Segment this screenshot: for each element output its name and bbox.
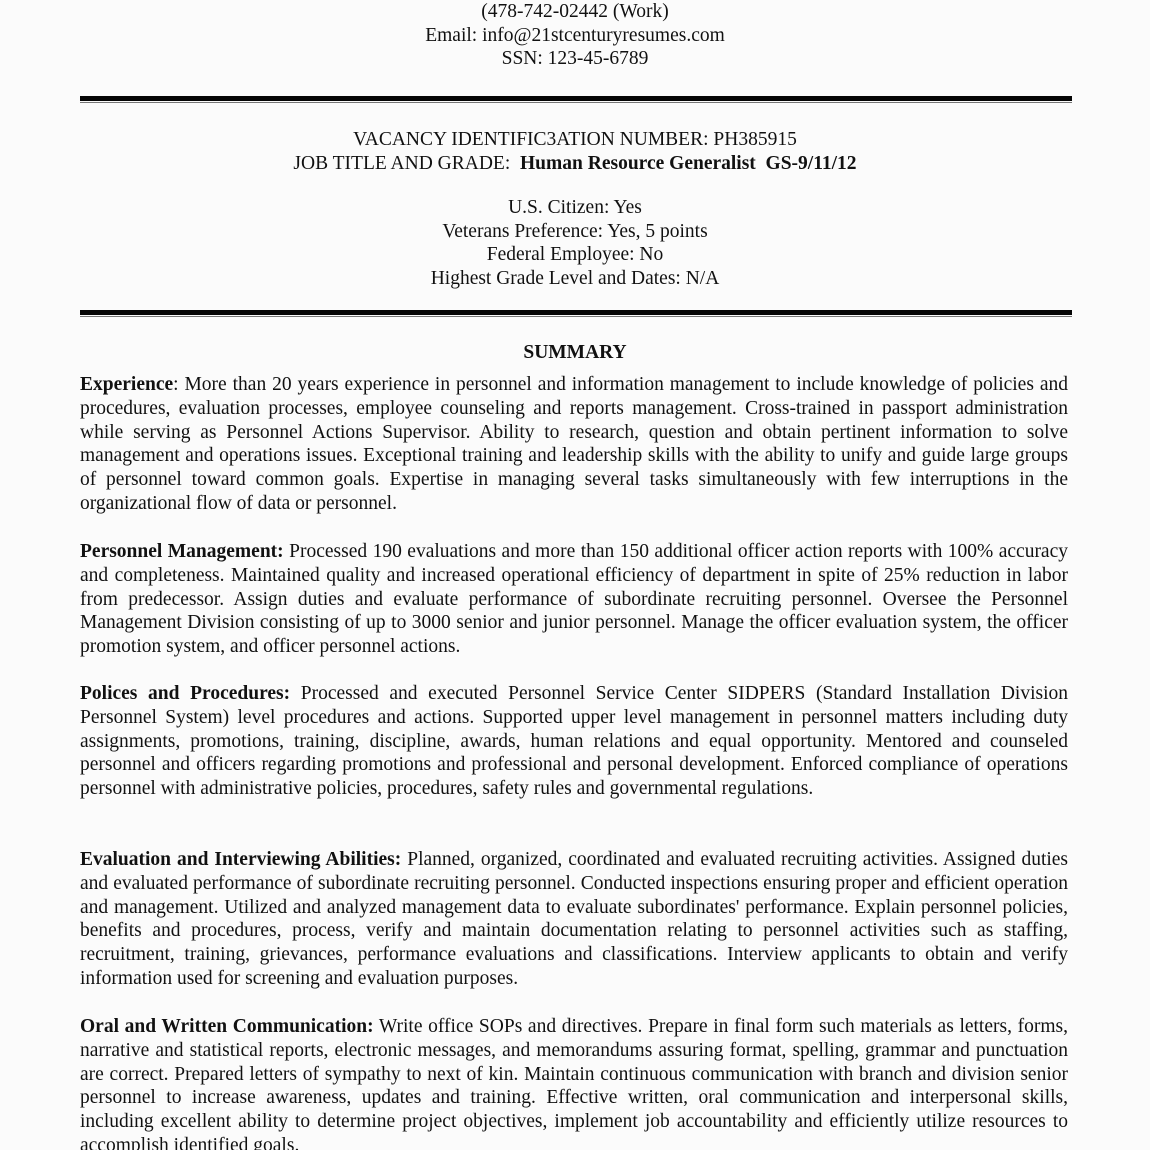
summary-section-communication: Oral and Written Communication: Write of… — [80, 1015, 1068, 1150]
highest-grade: Highest Grade Level and Dates: N/A — [80, 267, 1070, 291]
status-block: U.S. Citizen: Yes Veterans Preference: Y… — [80, 196, 1070, 290]
section-label: Experience — [80, 374, 173, 395]
section-text: More than 20 years experience in personn… — [80, 374, 1068, 514]
job-title-value: Human Resource Generalist GS-9/11/12 — [520, 153, 857, 174]
vacancy-block: VACANCY IDENTIFIC3ATION NUMBER: PH385915… — [80, 128, 1070, 175]
section-divider — [80, 310, 1072, 318]
vacancy-id: VACANCY IDENTIFIC3ATION NUMBER: PH385915 — [80, 128, 1070, 152]
federal-employee: Federal Employee: No — [80, 243, 1070, 267]
veterans-preference: Veterans Preference: Yes, 5 points — [80, 220, 1070, 244]
section-divider — [80, 96, 1072, 104]
section-label: Polices and Procedures: — [80, 683, 290, 704]
contact-email: Email: info@21stcenturyresumes.com — [80, 24, 1070, 48]
summary-section-experience: Experience: More than 20 years experienc… — [80, 373, 1068, 516]
summary-section-policies-procedures: Polices and Procedures: Processed and ex… — [80, 682, 1068, 801]
summary-section-personnel-management: Personnel Management: Processed 190 eval… — [80, 540, 1068, 659]
job-title-label: JOB TITLE AND GRADE: — [293, 153, 520, 174]
contact-block: (478-742-02442 (Work) Email: info@21stce… — [80, 0, 1070, 71]
summary-heading: SUMMARY — [80, 341, 1070, 365]
section-label: Personnel Management: — [80, 541, 284, 562]
section-label: Evaluation and Interviewing Abilities: — [80, 849, 401, 870]
job-title-grade: JOB TITLE AND GRADE: Human Resource Gene… — [80, 152, 1070, 176]
contact-ssn: SSN: 123-45-6789 — [80, 47, 1070, 71]
contact-phone: (478-742-02442 (Work) — [80, 0, 1070, 24]
summary-section-evaluation-interviewing: Evaluation and Interviewing Abilities: P… — [80, 848, 1068, 991]
citizen-status: U.S. Citizen: Yes — [80, 196, 1070, 220]
section-label: Oral and Written Communication: — [80, 1016, 374, 1037]
